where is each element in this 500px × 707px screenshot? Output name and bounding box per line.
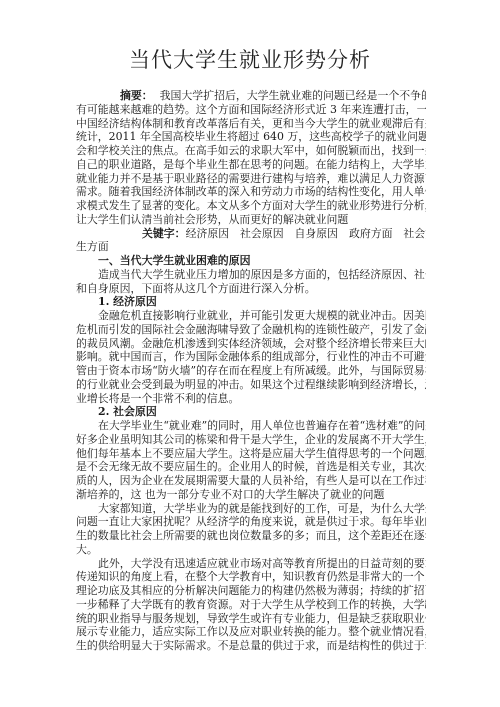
paragraph-line: 问题一直让大家困扰呢？从经济学的角度来说，就是供过于求。每年毕业的大学 [76, 515, 426, 529]
document-body: 摘要： 我国大学扩招后，大学生就业难的问题已经是一个不争的现象，且 有可能越来越… [76, 89, 426, 653]
abstract-line: 有可能越来越难的趋势。这个方面和国际经济形式近 3 年来连遭打击，一方面和 [76, 103, 426, 117]
paragraph-line: 生的供给明显大于实际需求。不是总量的供过于求，而是结构性的供过于求，主 [76, 639, 426, 653]
paragraph-line: 好多企业虽明知其公司的栋梁和骨干是大学生，企业的发展离不开大学生，但是， [76, 433, 426, 447]
paragraph-line: 传递知识的角度上看，在整个大学教育中，知识教育仍然是非常大的一个比重， [76, 570, 426, 584]
abstract-label: 摘要： [120, 89, 153, 102]
paragraph-line: 造成当代大学生就业压力增加的原因是多方面的，包括经济原因、社会原因 [76, 268, 426, 282]
paragraph-line: 的裁员风潮。金融危机渗透到实体经济领域，会对整个经济增长带来巨大的负面 [76, 337, 426, 351]
paragraph-line: 他们每年基本上不要应届大学生。这将是应届大学生值得思考的一个问题，企业 [76, 447, 426, 461]
abstract-line: 自己的职业道路，是每个毕业生都在思考的问题。在能力结构上，大学毕业生的 [76, 158, 426, 172]
abstract-line: 就业能力并不是基于职业路径的需要进行建构与培养，难以满足人力资源市场的 [76, 172, 426, 186]
keywords-line: 生方面 [76, 240, 426, 254]
abstract-line: 中国经济结构体制和教育改革落后有关，更和当今大学生的就业观滞后有关。据 [76, 117, 426, 131]
paragraph-line: 生的数量比社会上所需要的就也岗位数量多的多；而且，这个差距还在逐年的增 [76, 529, 426, 543]
abstract-line: 求模式发生了显著的变化。本文从多个方面对大学生的就业形势进行分析，以求 [76, 199, 426, 213]
paragraph-line: 是不会无缘无故不要应届生的。企业用人的时候，首选是相关专业，其次是高潜 [76, 460, 426, 474]
paragraph-line: 业增长将是一个非常不利的信息。 [76, 392, 426, 406]
keywords-label: 关键字： [142, 227, 186, 240]
subsection-heading: 1. 经济原因 [76, 295, 426, 309]
abstract-line: 统计，2011 年全国高校毕业生将超过 640 万，这些高校学子的就业问题成为社 [76, 130, 426, 144]
paragraph-line: 危机而引发的国际社会金融海啸导致了金融机构的连锁性破产，引发了金融行业 [76, 323, 426, 337]
paragraph-line: 在大学毕业生“就业难”的同时，用人单位也普遍存在着“选材难”的问题。 [76, 419, 426, 433]
abstract-line: 需求。随着我国经济体制改革的深入和劳动力市场的结构性变化，用人单位的需 [76, 185, 426, 199]
paragraph-line: 理论功底及其相应的分析解决问题能力的构建仍然极为薄弱；持续的扩招可能进 [76, 584, 426, 598]
paragraph-line: 统的职业指导与服务规划，导致学生或许有专业能力，但是缺乏获取职业信息， [76, 612, 426, 626]
subsection-heading: 2. 社会原因 [76, 405, 426, 419]
paragraph-line: 和自身原因，下面将从这几个方面进行深入分析。 [76, 282, 426, 296]
paragraph-line: 的行业就业会受到最为明显的冲击。如果这个过程继续影响到经济增长，这对就 [76, 378, 426, 392]
paragraph-line: 展示专业能力，适应实际工作以及应对职业转换的能力。整个就业情况看，大学 [76, 625, 426, 639]
paragraph-line: 金融危机直接影响行业就业，并可能引发更大规模的就业冲击。因美国次贷 [76, 309, 426, 323]
paragraph-line: 一步稀释了大学既有的教育资源。对于大学生从学校到工作的转换，大学缺乏系 [76, 598, 426, 612]
section-heading: 一、当代大学生就业困难的原因 [76, 254, 426, 268]
abstract-line: 让大学生们认清当前社会形势，从而更好的解决就业问题 [76, 213, 426, 227]
abstract-line: 摘要： 我国大学扩招后，大学生就业难的问题已经是一个不争的现象，且 [76, 89, 426, 103]
paragraph-line: 渐培养的，这 也为一部分专业不对口的大学生解决了就业的问题 [76, 488, 426, 502]
document-title: 当代大学生就业形势分析 [0, 44, 500, 74]
paragraph-line: 影响。就中国而言，作为国际金融体系的组成部分，行业性的冲击不可避免，尽 [76, 350, 426, 364]
paragraph-line: 管由于资本市场“防火墙”的存在而在程度上有所减缓。此外，与国际贸易相关 [76, 364, 426, 378]
keywords-line: 关键字：经济原因 社会原因 自身原因 政府方面 社会方面 大学 [76, 227, 426, 241]
paragraph-line: 此外，大学没有迅速适应就业市场对高等教育所提出的日益苛刻的要求。从 [76, 557, 426, 571]
paragraph-line: 质的人，因为企业在发展期需要大量的人员补给，有些人是可以在工作过程中逐 [76, 474, 426, 488]
abstract-line: 会和学校关注的焦点。在高手如云的求职大军中，如何脱颖而出，找到一条适合 [76, 144, 426, 158]
paragraph-line: 大家都知道，大学毕业为的就是能找到好的工作，可是，为什么大学生就业 [76, 502, 426, 516]
paragraph-line: 大。 [76, 543, 426, 557]
